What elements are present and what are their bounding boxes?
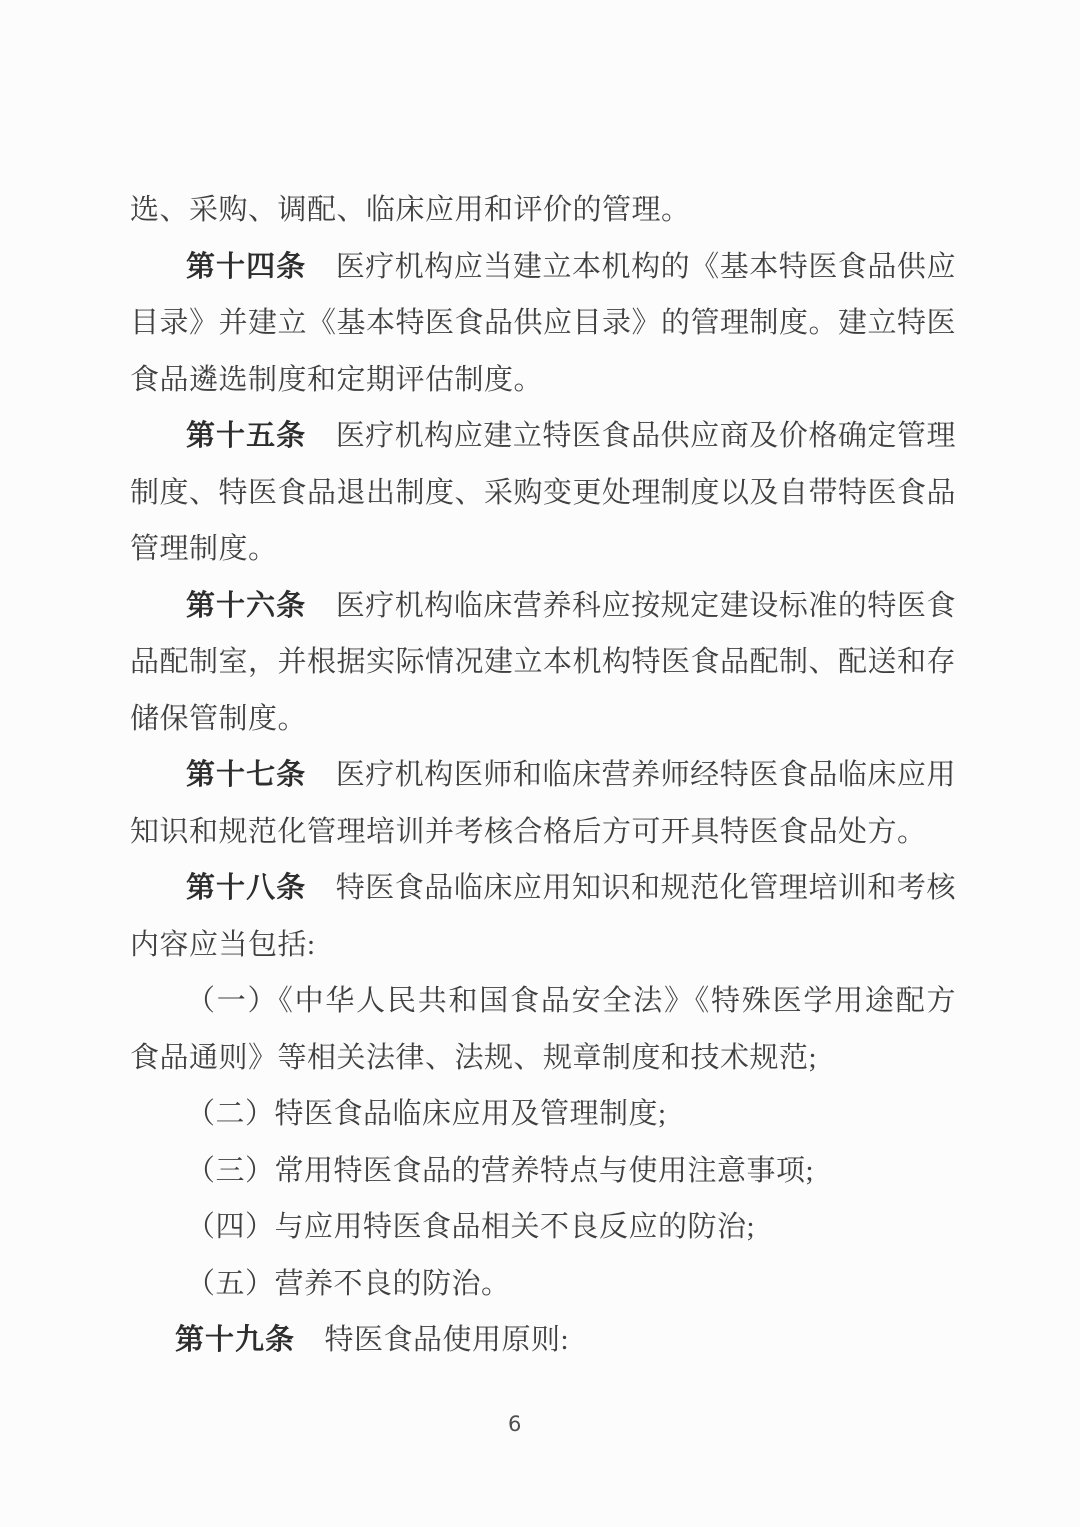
document-body: 选、采购、调配、临床应用和评价的管理。第十四条 医疗机构应当建立本机构的《基本特… bbox=[130, 182, 956, 1369]
text-line: 制度、特医食品退出制度、采购变更处理制度以及自带特医食品 bbox=[130, 465, 956, 522]
text-line: （四）与应用特医食品相关不良反应的防治; bbox=[130, 1199, 956, 1256]
line-text: （二）特医食品临床应用及管理制度; bbox=[186, 1098, 667, 1130]
line-text: 特医食品使用原则: bbox=[295, 1324, 569, 1356]
text-line: （五）营养不良的防治。 bbox=[130, 1256, 956, 1313]
line-text: 制度、特医食品退出制度、采购变更处理制度以及自带特医食品 bbox=[130, 477, 956, 509]
text-line: 知识和规范化管理培训并考核合格后方可开具特医食品处方。 bbox=[130, 804, 956, 861]
line-text: 食品通则》等相关法律、法规、规章制度和技术规范; bbox=[130, 1042, 817, 1074]
line-text: （三）常用特医食品的营养特点与使用注意事项; bbox=[186, 1155, 814, 1187]
text-line: 储保管制度。 bbox=[130, 691, 956, 748]
article-number: 第十五条 bbox=[186, 420, 306, 452]
text-line: 第十五条 医疗机构应建立特医食品供应商及价格确定管理 bbox=[130, 408, 956, 465]
text-line: 第十四条 医疗机构应当建立本机构的《基本特医食品供应 bbox=[130, 239, 956, 296]
article-number: 第十八条 bbox=[186, 872, 306, 904]
text-line: 食品遴选制度和定期评估制度。 bbox=[130, 352, 956, 409]
line-text: 品配制室，并根据实际情况建立本机构特医食品配制、配送和存 bbox=[130, 646, 956, 678]
text-line: 第十六条 医疗机构临床营养科应按规定建设标准的特医食 bbox=[130, 578, 956, 635]
text-line: 目录》并建立《基本特医食品供应目录》的管理制度。建立特医 bbox=[130, 295, 956, 352]
line-text: 选、采购、调配、临床应用和评价的管理。 bbox=[130, 194, 691, 226]
article-number: 第十九条 bbox=[175, 1324, 295, 1356]
line-text: （五）营养不良的防治。 bbox=[186, 1268, 511, 1300]
line-text: 医疗机构应建立特医食品供应商及价格确定管理 bbox=[306, 420, 956, 452]
document-page: 选、采购、调配、临床应用和评价的管理。第十四条 医疗机构应当建立本机构的《基本特… bbox=[0, 0, 1080, 1527]
text-line: 第十八条 特医食品临床应用知识和规范化管理培训和考核 bbox=[130, 860, 956, 917]
text-line: 品配制室，并根据实际情况建立本机构特医食品配制、配送和存 bbox=[130, 634, 956, 691]
text-line: 选、采购、调配、临床应用和评价的管理。 bbox=[130, 182, 956, 239]
line-text: 储保管制度。 bbox=[130, 703, 307, 735]
line-text: 内容应当包括: bbox=[130, 929, 316, 961]
line-text: 特医食品临床应用知识和规范化管理培训和考核 bbox=[306, 872, 956, 904]
line-text: 目录》并建立《基本特医食品供应目录》的管理制度。建立特医 bbox=[130, 307, 956, 339]
text-line: （一）《中华人民共和国食品安全法》《特殊医学用途配方 bbox=[130, 973, 956, 1030]
line-text: 管理制度。 bbox=[130, 533, 278, 565]
text-line: 第十七条 医疗机构医师和临床营养师经特医食品临床应用 bbox=[130, 747, 956, 804]
text-line: 第十九条 特医食品使用原则: bbox=[130, 1312, 956, 1369]
line-text: 医疗机构临床营养科应按规定建设标准的特医食 bbox=[306, 590, 956, 622]
line-text: 食品遴选制度和定期评估制度。 bbox=[130, 364, 543, 396]
text-line: 管理制度。 bbox=[130, 521, 956, 578]
page-number: 6 bbox=[508, 1412, 548, 1436]
text-line: （三）常用特医食品的营养特点与使用注意事项; bbox=[130, 1143, 956, 1200]
article-number: 第十四条 bbox=[186, 251, 306, 283]
line-text: 知识和规范化管理培训并考核合格后方可开具特医食品处方。 bbox=[130, 816, 927, 848]
text-line: 内容应当包括: bbox=[130, 917, 956, 974]
line-text: 医疗机构应当建立本机构的《基本特医食品供应 bbox=[306, 251, 956, 283]
text-line: 食品通则》等相关法律、法规、规章制度和技术规范; bbox=[130, 1030, 956, 1087]
line-text: 医疗机构医师和临床营养师经特医食品临床应用 bbox=[306, 759, 956, 791]
line-text: （四）与应用特医食品相关不良反应的防治; bbox=[186, 1211, 755, 1243]
text-line: （二）特医食品临床应用及管理制度; bbox=[130, 1086, 956, 1143]
article-number: 第十六条 bbox=[186, 590, 306, 622]
article-number: 第十七条 bbox=[186, 759, 306, 791]
line-text: （一）《中华人民共和国食品安全法》《特殊医学用途配方 bbox=[186, 985, 956, 1017]
